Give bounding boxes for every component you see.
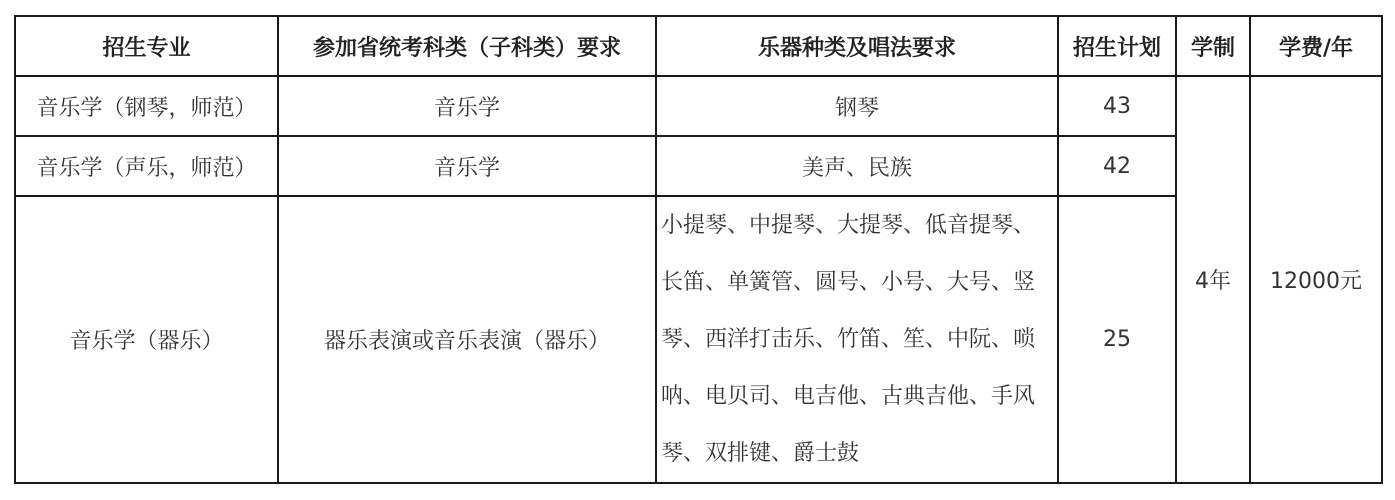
- major-cell: 音乐学（声乐，师范）: [15, 136, 278, 196]
- major-cell: 音乐学（钢琴，师范）: [15, 76, 278, 136]
- plan-cell: 25: [1058, 196, 1176, 483]
- tuition-cell: 12000元: [1250, 76, 1382, 483]
- major-cell: 音乐学（器乐）: [15, 196, 278, 483]
- header-exam-category: 参加省统考科类（子科类）要求: [278, 16, 656, 76]
- exam-category-cell: 音乐学: [278, 76, 656, 136]
- table-row: 音乐学（钢琴，师范） 音乐学 钢琴 43 4年 12000元: [15, 76, 1382, 136]
- plan-cell: 42: [1058, 136, 1176, 196]
- plan-cell: 43: [1058, 76, 1176, 136]
- instrument-cell: 小提琴、中提琴、大提琴、低音提琴、长笛、单簧管、圆号、小号、大号、竖琴、西洋打击…: [656, 196, 1058, 483]
- exam-category-cell: 器乐表演或音乐表演（器乐）: [278, 196, 656, 483]
- header-tuition: 学费/年: [1250, 16, 1382, 76]
- duration-cell: 4年: [1176, 76, 1250, 483]
- header-instrument: 乐器种类及唱法要求: [656, 16, 1058, 76]
- admissions-table: 招生专业 参加省统考科类（子科类）要求 乐器种类及唱法要求 招生计划 学制 学费…: [14, 15, 1383, 484]
- header-plan: 招生计划: [1058, 16, 1176, 76]
- instrument-cell: 美声、民族: [656, 136, 1058, 196]
- header-row: 招生专业 参加省统考科类（子科类）要求 乐器种类及唱法要求 招生计划 学制 学费…: [15, 16, 1382, 76]
- exam-category-cell: 音乐学: [278, 136, 656, 196]
- instrument-cell: 钢琴: [656, 76, 1058, 136]
- header-major: 招生专业: [15, 16, 278, 76]
- header-duration: 学制: [1176, 16, 1250, 76]
